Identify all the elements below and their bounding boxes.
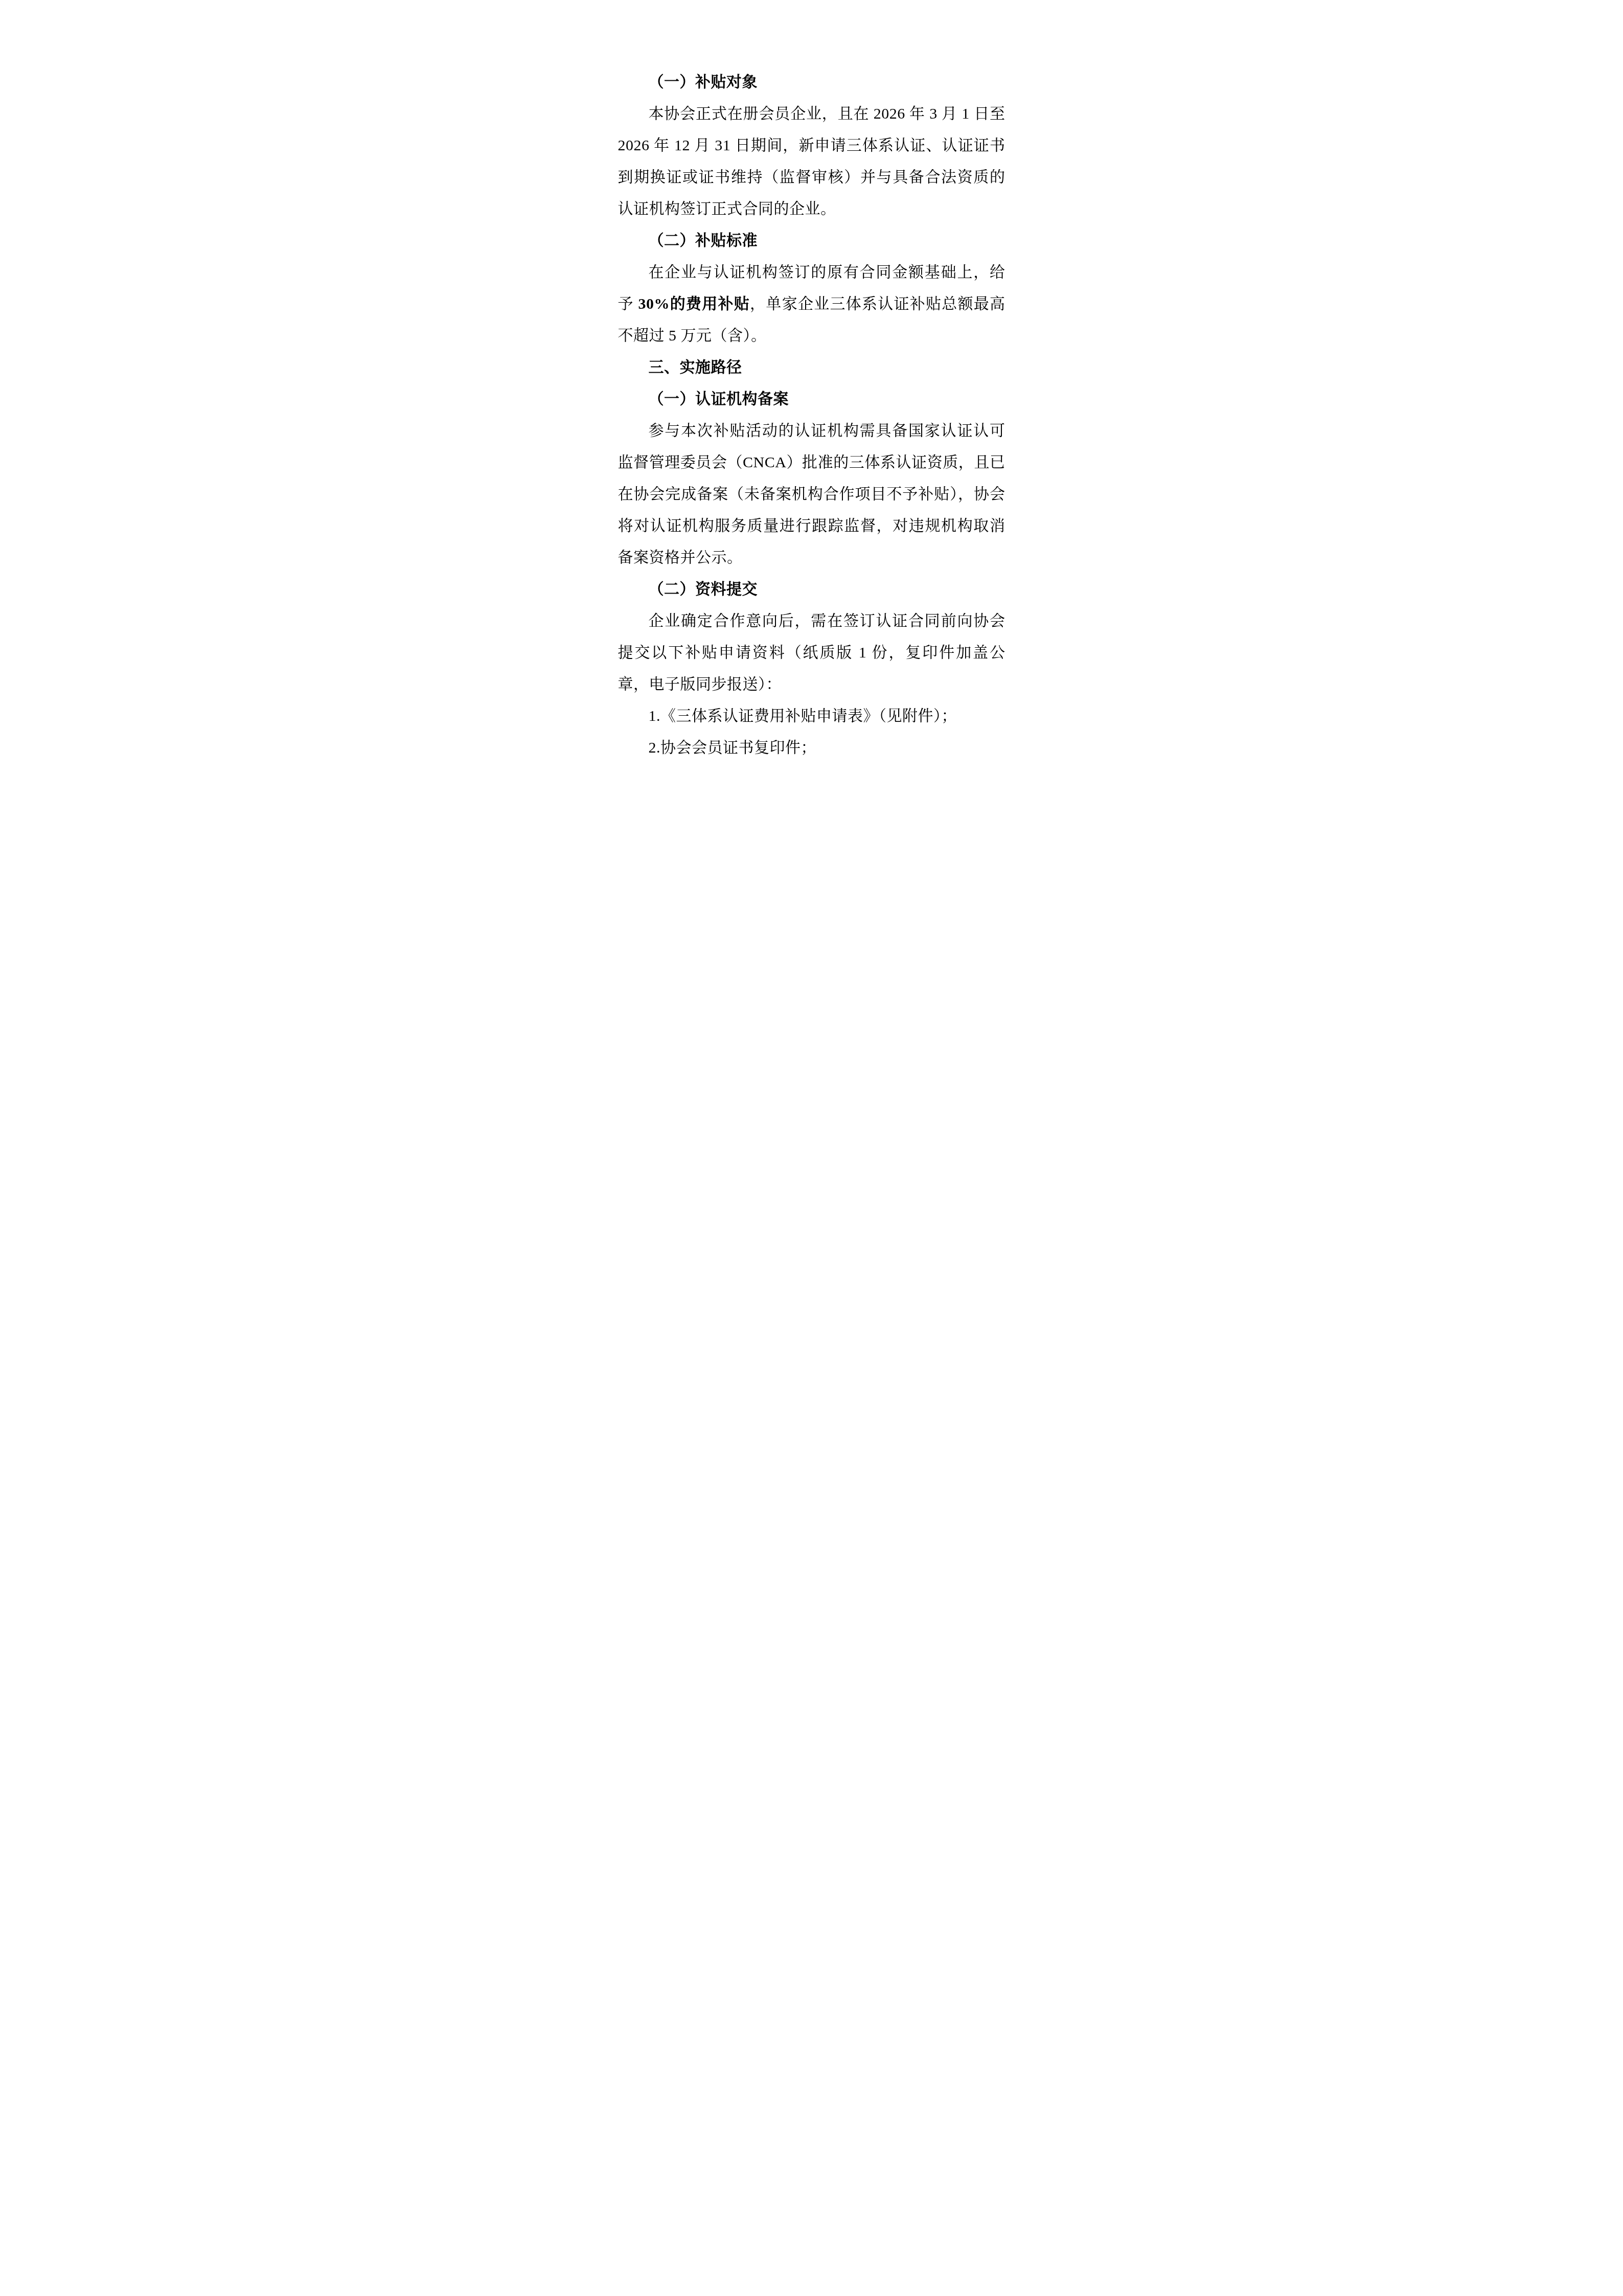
document-content: （一）补贴对象本协会正式在册会员企业，且在 2026 年 3 月 1 日至 20… bbox=[618, 66, 1005, 764]
text-run: 三、实施路径 bbox=[649, 359, 742, 376]
paragraph-material-submission-body: 企业确定合作意向后，需在签订认证合同前向协会提交以下补贴申请资料（纸质版 1 份… bbox=[618, 605, 1005, 700]
section-heading-agency-registration: （一）认证机构备案 bbox=[618, 383, 1005, 415]
section-heading-material-submission: （二）资料提交 bbox=[618, 574, 1005, 605]
list-item-membership-certificate: 2.协会会员证书复印件； bbox=[618, 732, 1005, 764]
text-run: 企业确定合作意向后，需在签订认证合同前向协会提交以下补贴申请资料（纸质版 1 份… bbox=[618, 612, 1005, 693]
text-run: （一）认证机构备案 bbox=[649, 391, 789, 407]
text-run: 1.《三体系认证费用补贴申请表》（见附件）； bbox=[649, 708, 957, 724]
text-run: 参与本次补贴活动的认证机构需具备国家认证认可监督管理委员会（CNCA）批准的三体… bbox=[618, 422, 1005, 566]
paragraph-agency-registration-body: 参与本次补贴活动的认证机构需具备国家认证认可监督管理委员会（CNCA）批准的三体… bbox=[618, 415, 1005, 574]
section-heading-subsidy-standard: （二）补贴标准 bbox=[618, 225, 1005, 257]
document-page: （一）补贴对象本协会正式在册会员企业，且在 2026 年 3 月 1 日至 20… bbox=[531, 0, 1093, 795]
text-run: （二）补贴标准 bbox=[649, 232, 758, 249]
section-heading-subsidy-targets: （一）补贴对象 bbox=[618, 66, 1005, 98]
text-run: （二）资料提交 bbox=[649, 581, 758, 598]
text-run: 2.协会会员证书复印件； bbox=[649, 739, 817, 756]
paragraph-subsidy-targets-body: 本协会正式在册会员企业，且在 2026 年 3 月 1 日至 2026 年 12… bbox=[618, 98, 1005, 225]
list-item-application-form: 1.《三体系认证费用补贴申请表》（见附件）； bbox=[618, 700, 1005, 732]
section-heading-implementation-path: 三、实施路径 bbox=[618, 352, 1005, 383]
text-run: 30%的费用补贴 bbox=[638, 295, 750, 312]
paragraph-subsidy-standard-body: 在企业与认证机构签订的原有合同金额基础上，给予 30%的费用补贴，单家企业三体系… bbox=[618, 257, 1005, 352]
text-run: 本协会正式在册会员企业，且在 2026 年 3 月 1 日至 2026 年 12… bbox=[618, 105, 1005, 217]
text-run: （一）补贴对象 bbox=[649, 74, 758, 90]
